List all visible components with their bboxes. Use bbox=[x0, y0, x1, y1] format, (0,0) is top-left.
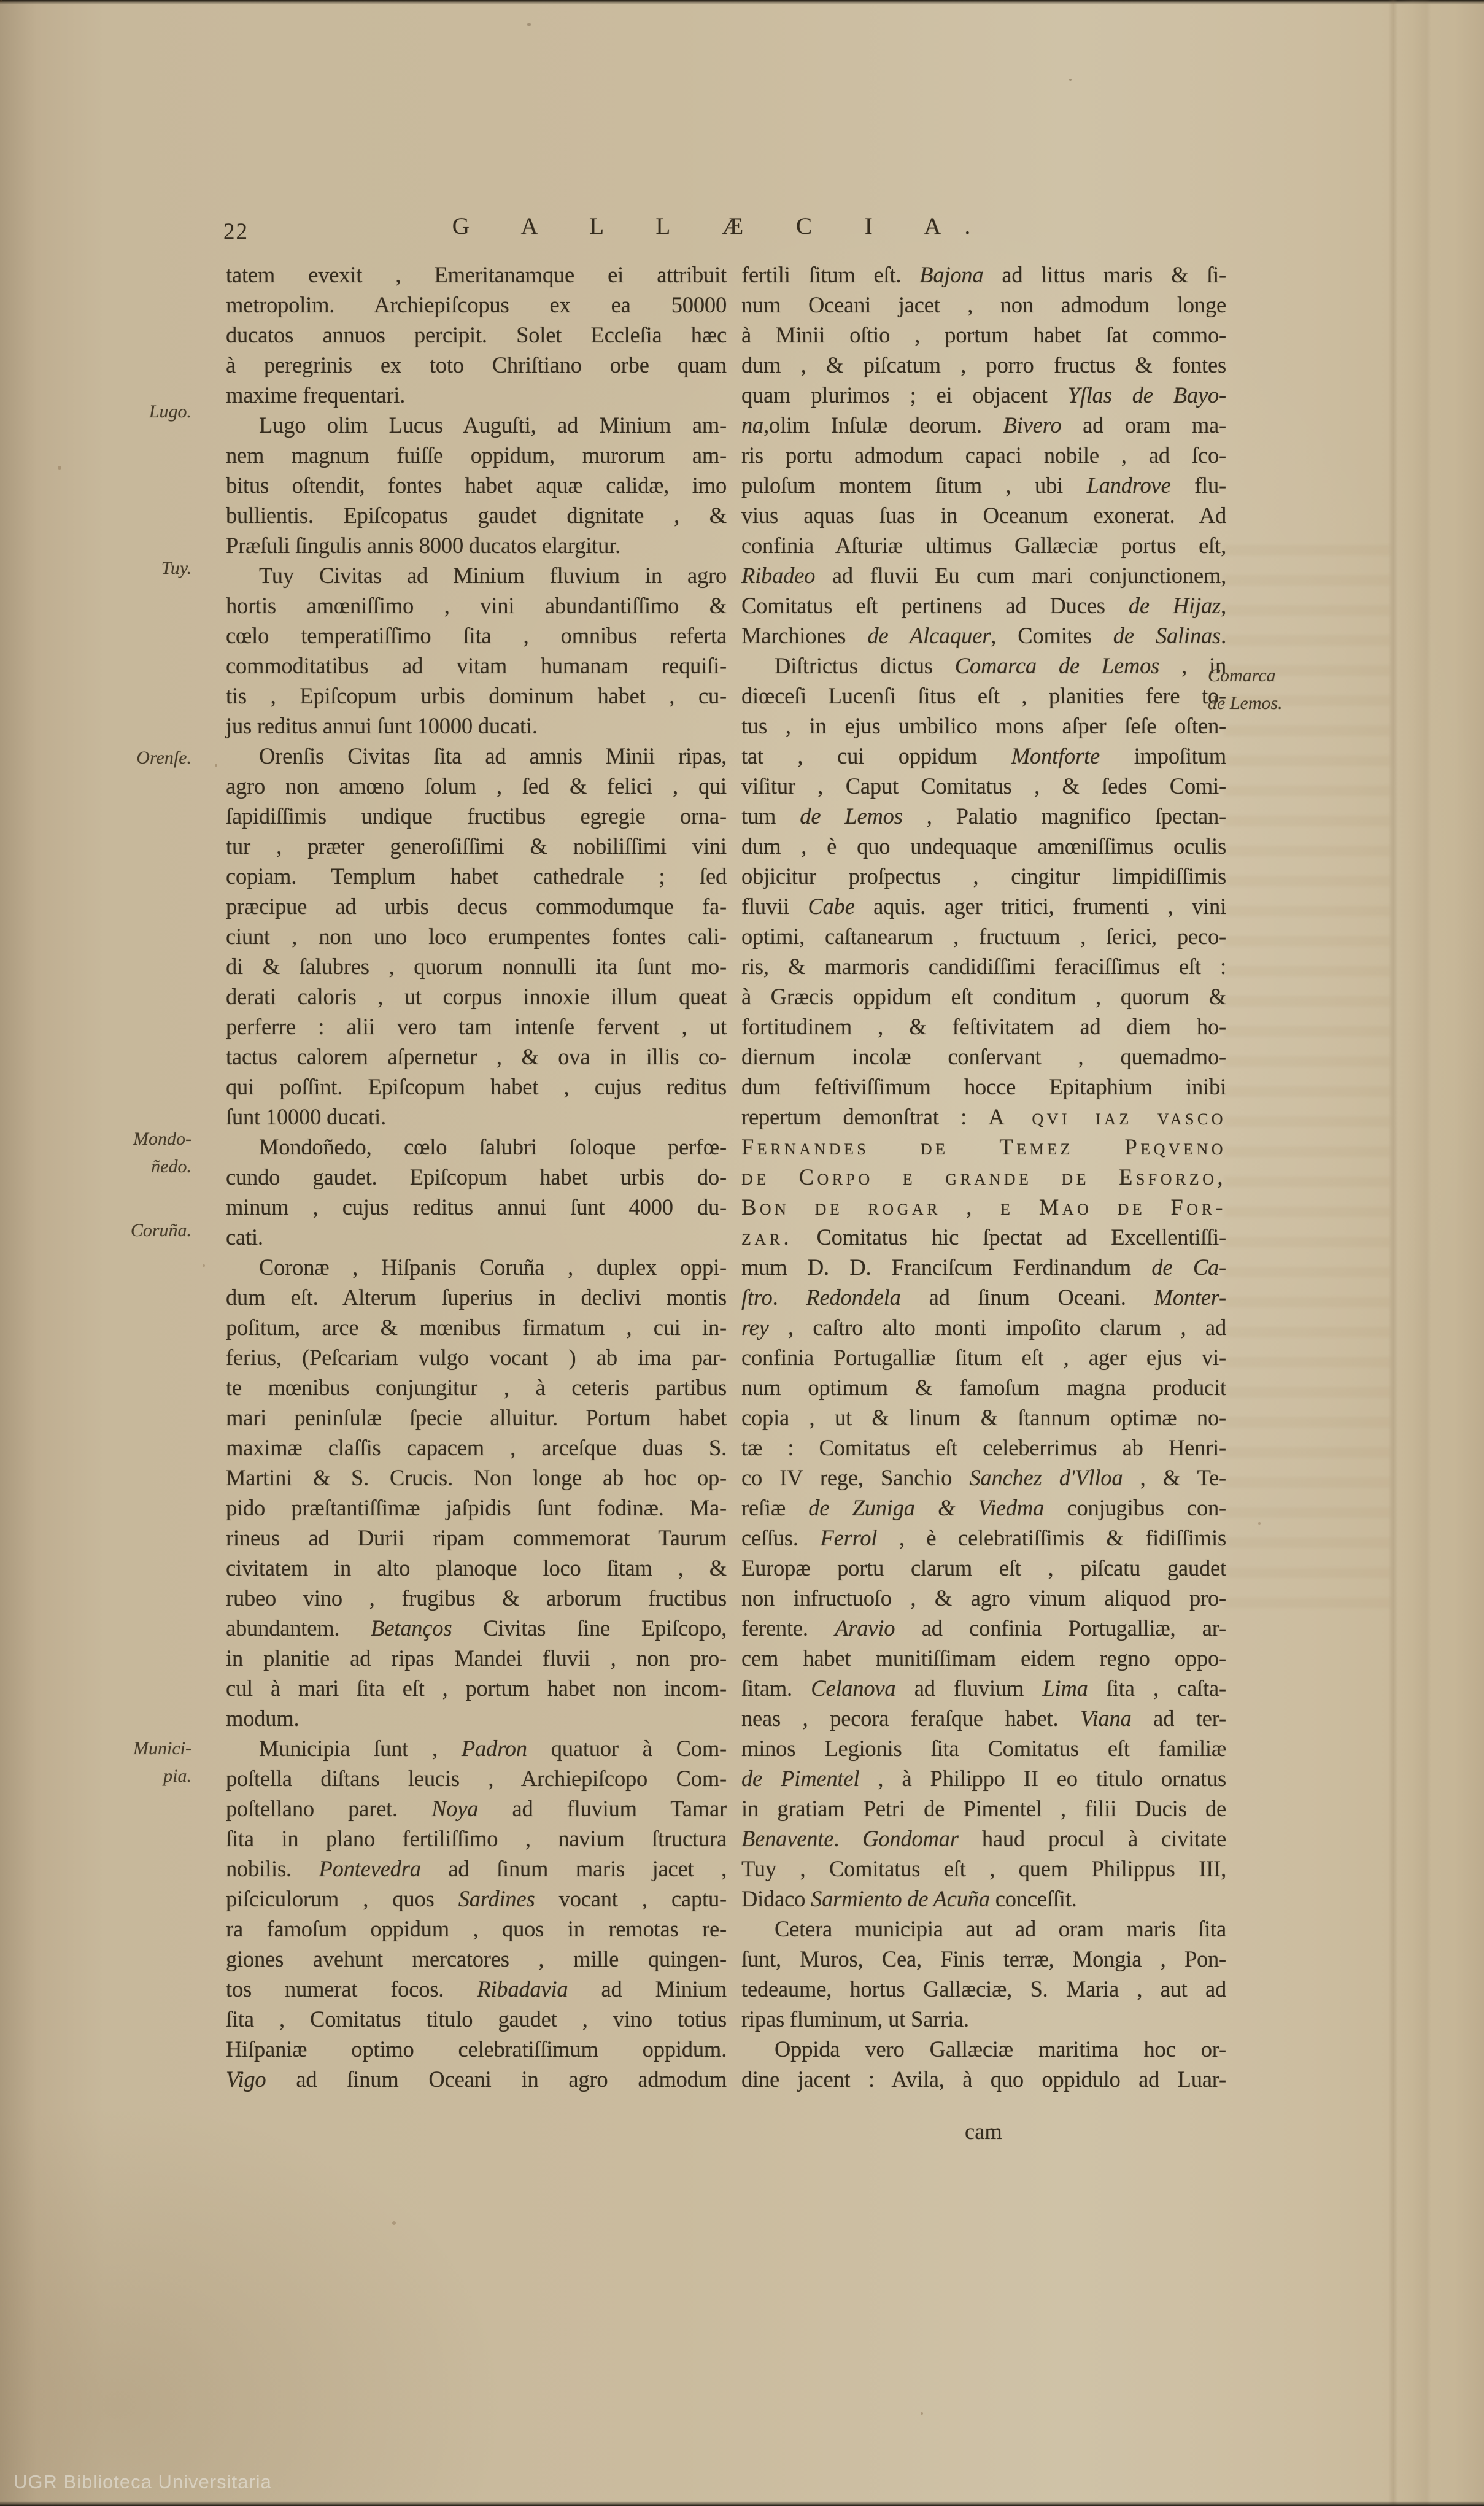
text-line: repertum demonſtrat : A qvi iaz vasco bbox=[741, 1102, 1226, 1132]
margin-note: Munici-pia. bbox=[32, 1734, 191, 1790]
text-line: Marchiones de Alcaquer, Comites de Salin… bbox=[741, 621, 1226, 651]
text-line: te mœnibus conjungitur , à ceteris parti… bbox=[226, 1372, 727, 1402]
text-line: neas , pecora feraſque habet. Viana ad t… bbox=[741, 1703, 1226, 1733]
text-line: tur , præter generoſiſſimi & nobiliſſimi… bbox=[226, 831, 727, 861]
text-line: confinia Portugalliæ ſitum eſt , ager ej… bbox=[741, 1342, 1226, 1372]
text-line: confinia Aſturiæ ultimus Gallæciæ portus… bbox=[741, 530, 1226, 560]
text-line: di & ſalubres , quorum nonnulli ita ſunt… bbox=[226, 951, 727, 981]
text-line: à Minii oſtio , portum habet ſat commo- bbox=[741, 320, 1226, 350]
text-line: dum , è quo undequaque amœniſſimus oculi… bbox=[741, 831, 1226, 861]
text-line: ceſſus. Ferrol , è celebratiſſimis & fid… bbox=[741, 1523, 1226, 1553]
right-text-column: fertili ſitum eſt. Bajona ad littus mari… bbox=[741, 260, 1226, 2094]
text-line: de Corpo e grande de Esforzo, bbox=[741, 1162, 1226, 1192]
text-line: nem magnum fuiſſe oppidum, murorum am- bbox=[226, 440, 727, 470]
text-line: mari peninſulæ ſpecie alluitur. Portum h… bbox=[226, 1402, 727, 1433]
text-line: dum eſt. Alterum ſuperius in declivi mon… bbox=[226, 1282, 727, 1312]
library-watermark: UGR Biblioteca Universitaria bbox=[14, 2471, 272, 2493]
text-line: minos Legionis ſita Comitatus eſt famili… bbox=[741, 1733, 1226, 1763]
text-line: agro non amœno ſolum , ſed & felici , qu… bbox=[226, 771, 727, 801]
text-line: tat , cui oppidum Montforte impoſitum bbox=[741, 741, 1226, 771]
text-line: fortitudinem , & feſtivitatem ad diem ho… bbox=[741, 1011, 1226, 1042]
margin-note-line: pia. bbox=[32, 1762, 191, 1790]
text-line: rubeo vino , frugibus & arborum fructibu… bbox=[226, 1583, 727, 1613]
text-line: tus , in ejus umbilico mons aſper ſeſe o… bbox=[741, 711, 1226, 741]
page-crease bbox=[1388, 0, 1431, 2506]
text-line: de Pimentel , à Philippo II eo titulo or… bbox=[741, 1763, 1226, 1793]
text-line: Didaco Sarmiento de Acuña conceſſit. bbox=[741, 1884, 1226, 1914]
margin-note: Lugo. bbox=[32, 398, 191, 425]
scanned-book-page: 22 G A L L Æ C I A. tatem evexit , Emeri… bbox=[0, 0, 1484, 2506]
text-line: Oppida vero Gallæciæ maritima hoc or- bbox=[741, 2034, 1226, 2064]
text-line: poſtellano paret. Noya ad fluvium Tamar bbox=[226, 1793, 727, 1823]
text-line: poſitum, arce & mœnibus firmatum , cui i… bbox=[226, 1312, 727, 1342]
page-number: 22 bbox=[223, 219, 249, 245]
text-line: ferente. Aravio ad confinia Portugalliæ,… bbox=[741, 1613, 1226, 1643]
text-line: objicitur proſpectus , cingitur limpidiſ… bbox=[741, 861, 1226, 891]
text-line: tatem evexit , Emeritanamque ei attribui… bbox=[226, 260, 727, 290]
text-line: num Oceani jacet , non admodum longe bbox=[741, 290, 1226, 320]
text-line: mum D. D. Franciſcum Ferdinandum de Ca- bbox=[741, 1252, 1226, 1282]
text-line: poſtella diſtans leucis , Archiepiſcopo … bbox=[226, 1763, 727, 1793]
text-line: cundo gaudet. Epiſcopum habet urbis do- bbox=[226, 1162, 727, 1192]
text-line: Orenſis Civitas ſita ad amnis Minii ripa… bbox=[226, 741, 727, 771]
text-line: giones avehunt mercatores , mille quinge… bbox=[226, 1944, 727, 1974]
text-line: quam plurimos ; ei objacent Yſlas de Bay… bbox=[741, 380, 1226, 410]
text-line: non infructuoſo , & agro vinum aliquod p… bbox=[741, 1583, 1226, 1613]
text-line: bullientis. Epiſcopatus gaudet dignitate… bbox=[226, 500, 727, 530]
margin-note-line: Lugo. bbox=[32, 398, 191, 425]
text-line: Hiſpaniæ optimo celebratiſſimum oppidum. bbox=[226, 2034, 727, 2064]
text-line: dum , & piſcatum , porro fructus & fonte… bbox=[741, 350, 1226, 380]
text-line: Municipia ſunt , Padron quatuor à Com- bbox=[226, 1733, 727, 1763]
margin-note-line: Orenſe. bbox=[32, 744, 191, 772]
text-line: diœceſi Lucenſi ſitus eſt , planities fe… bbox=[741, 681, 1226, 711]
text-line: Comitatus eſt pertinens ad Duces de Hija… bbox=[741, 590, 1226, 621]
text-line: na,olim Inſulæ deorum. Bivero ad oram ma… bbox=[741, 410, 1226, 440]
margin-note-line: ñedo. bbox=[32, 1153, 191, 1180]
text-line: à peregrinis ex toto Chriſtiano orbe qua… bbox=[226, 350, 727, 380]
text-line: ris, & marmoris candidiſſimi feraciſſimu… bbox=[741, 951, 1226, 981]
text-line: puloſum montem ſitum , ubi Landrove flu- bbox=[741, 470, 1226, 500]
text-line: ris portu admodum capaci nobile , ad ſco… bbox=[741, 440, 1226, 470]
margin-note: Tuy. bbox=[32, 554, 191, 582]
text-line: viſitur , Caput Comitatus , & ſedes Comi… bbox=[741, 771, 1226, 801]
text-line: dine jacent : Avila, à quo oppidulo ad L… bbox=[741, 2064, 1226, 2094]
text-line: cem habet munitiſſimam eidem regno oppo- bbox=[741, 1643, 1226, 1673]
margin-note-line: Coruña. bbox=[32, 1216, 191, 1244]
left-text-column: tatem evexit , Emeritanamque ei attribui… bbox=[226, 260, 727, 2094]
text-line: Diſtrictus dictus Comarca de Lemos , in bbox=[741, 651, 1226, 681]
text-line: Lugo olim Lucus Auguſti, ad Minium am- bbox=[226, 410, 727, 440]
text-line: Coronæ , Hiſpanis Coruña , duplex oppi- bbox=[226, 1252, 727, 1282]
page-title: G A L L Æ C I A. bbox=[452, 212, 994, 240]
text-line: ciunt , non uno loco erumpentes fontes c… bbox=[226, 921, 727, 951]
text-line: optimi, caſtanearum , fructuum , ſerici,… bbox=[741, 921, 1226, 951]
text-line: Tuy Civitas ad Minium fluvium in agro bbox=[226, 560, 727, 590]
text-line: maximæ claſſis capacem , arceſque duas S… bbox=[226, 1433, 727, 1463]
text-line: hortis amœniſſimo , vini abundantiſſimo … bbox=[226, 590, 727, 621]
text-line: cœlo temperatiſſimo ſita , omnibus refer… bbox=[226, 621, 727, 651]
text-line: reſiæ de Zuniga & Viedma conjugibus con- bbox=[741, 1493, 1226, 1523]
text-line: cul à mari ſita eſt , portum habet non i… bbox=[226, 1673, 727, 1703]
text-line: ſapidiſſimis undique fructibus egregie o… bbox=[226, 801, 727, 831]
text-line: rey , caſtro alto monti impoſito clarum … bbox=[741, 1312, 1226, 1342]
text-line: jus reditus annui ſunt 10000 ducati. bbox=[226, 711, 727, 741]
text-line: tis , Epiſcopum urbis dominum habet , cu… bbox=[226, 681, 727, 711]
text-line: zar. Comitatus hic ſpectat ad Excellenti… bbox=[741, 1222, 1226, 1252]
text-line: Vigo ad ſinum Oceani in agro admodum bbox=[226, 2064, 727, 2094]
text-line: Martini & S. Crucis. Non longe ab hoc op… bbox=[226, 1463, 727, 1493]
text-line: Ribadeo ad fluvii Eu cum mari conjunctio… bbox=[741, 560, 1226, 590]
margin-note-line: de Lemos. bbox=[1208, 689, 1392, 717]
text-line: ſtro. Redondela ad ſinum Oceani. Monter- bbox=[741, 1282, 1226, 1312]
catchword: cam bbox=[965, 2116, 1002, 2146]
text-line: maxime frequentari. bbox=[226, 380, 727, 410]
margin-note: Coruña. bbox=[32, 1216, 191, 1244]
text-line: ferius, (Peſcariam vulgo vocant ) ab ima… bbox=[226, 1342, 727, 1372]
text-line: rineus ad Durii ripam commemorat Taurum bbox=[226, 1523, 727, 1553]
text-line: bitus oſtendit, fontes habet aquæ calidæ… bbox=[226, 470, 727, 500]
margin-note-line: Comarca bbox=[1208, 662, 1392, 689]
text-line: vius aquas ſuas in Oceanum exonerat. Ad bbox=[741, 500, 1226, 530]
text-line: minum , cujus reditus annui ſunt 4000 du… bbox=[226, 1192, 727, 1222]
margin-note: Orenſe. bbox=[32, 744, 191, 772]
text-line: copia , ut & linum & ſtannum optimæ no- bbox=[741, 1402, 1226, 1433]
text-line: cati. bbox=[226, 1222, 727, 1252]
text-line: tos numerat focos. Ribadavia ad Minium bbox=[226, 1974, 727, 2004]
text-line: tæ : Comitatus eſt celeberrimus ab Henri… bbox=[741, 1433, 1226, 1463]
text-line: co IV rege, Sanchio Sanchez d'Vlloa , & … bbox=[741, 1463, 1226, 1493]
text-line: tedeaume, hortus Gallæciæ, S. Maria , au… bbox=[741, 1974, 1226, 2004]
text-line: ra famoſum oppidum , quos in remotas re- bbox=[226, 1914, 727, 1944]
text-line: Tuy , Comitatus eſt , quem Philippus III… bbox=[741, 1854, 1226, 1884]
margin-note: Mondo-ñedo. bbox=[32, 1125, 191, 1180]
text-line: ſunt 10000 ducati. bbox=[226, 1102, 727, 1132]
text-line: abundantem. Betanços Civitas ſine Epiſco… bbox=[226, 1613, 727, 1643]
text-line: ſita , Comitatus titulo gaudet , vino to… bbox=[226, 2004, 727, 2034]
text-line: Benavente. Gondomar haud procul à civita… bbox=[741, 1823, 1226, 1854]
text-line: qui poſſint. Epiſcopum habet , cujus red… bbox=[226, 1072, 727, 1102]
text-line: metropolim. Archiepiſcopus ex ea 50000 bbox=[226, 290, 727, 320]
text-line: copiam. Templum habet cathedrale ; ſed bbox=[226, 861, 727, 891]
text-line: ripas fluminum, ut Sarria. bbox=[741, 2004, 1226, 2034]
text-line: num optimum & famoſum magna producit bbox=[741, 1372, 1226, 1402]
text-line: in planitie ad ripas Mandei fluvii , non… bbox=[226, 1643, 727, 1673]
text-line: tactus calorem aſpernetur , & ova in ill… bbox=[226, 1042, 727, 1072]
text-line: Mondoñedo, cœlo ſalubri ſoloque perfœ- bbox=[226, 1132, 727, 1162]
text-line: in gratiam Petri de Pimentel , filii Duc… bbox=[741, 1793, 1226, 1823]
margin-note-line: Tuy. bbox=[32, 554, 191, 582]
text-line: Cetera municipia aut ad oram maris ſita bbox=[741, 1914, 1226, 1944]
text-line: modum. bbox=[226, 1703, 727, 1733]
text-line: Præſuli ſingulis annis 8000 ducatos elar… bbox=[226, 530, 727, 560]
margin-note-line: Munici- bbox=[32, 1734, 191, 1762]
text-line: nobilis. Pontevedra ad ſinum maris jacet… bbox=[226, 1854, 727, 1884]
margin-note-line: Mondo- bbox=[32, 1125, 191, 1153]
text-line: Bon de rogar , e Mao de For- bbox=[741, 1192, 1226, 1222]
text-line: præcipue ad urbis decus commodumque fa- bbox=[226, 891, 727, 921]
text-line: ſita in plano fertiliſſimo , navium ſtru… bbox=[226, 1823, 727, 1854]
text-line: à Græcis oppidum eſt conditum , quorum & bbox=[741, 981, 1226, 1011]
text-line: Fernandes de Temez Peqveno bbox=[741, 1132, 1226, 1162]
margin-note: Comarcade Lemos. bbox=[1208, 662, 1392, 717]
text-line: perferre : alii vero tam intenſe fervent… bbox=[226, 1011, 727, 1042]
text-line: tum de Lemos , Palatio magnifico ſpectan… bbox=[741, 801, 1226, 831]
text-line: ſitam. Celanova ad fluvium Lima ſita , c… bbox=[741, 1673, 1226, 1703]
text-line: derati caloris , ut corpus innoxie illum… bbox=[226, 981, 727, 1011]
text-line: ducatos annuos percipit. Solet Eccleſia … bbox=[226, 320, 727, 350]
text-line: piſciculorum , quos Sardines vocant , ca… bbox=[226, 1884, 727, 1914]
text-line: Europæ portu clarum eſt , piſcatu gaudet bbox=[741, 1553, 1226, 1583]
text-line: commoditatibus ad vitam humanam requiſi- bbox=[226, 651, 727, 681]
text-line: pido præſtantiſſimæ jaſpidis ſunt fodinæ… bbox=[226, 1493, 727, 1523]
text-line: diernum incolæ conſervant , quemadmo- bbox=[741, 1042, 1226, 1072]
text-line: fluvii Cabe aquis. ager tritici, frument… bbox=[741, 891, 1226, 921]
text-line: fertili ſitum eſt. Bajona ad littus mari… bbox=[741, 260, 1226, 290]
text-line: ſunt, Muros, Cea, Finis terræ, Mongia , … bbox=[741, 1944, 1226, 1974]
text-line: civitatem in alto planoque loco ſitam , … bbox=[226, 1553, 727, 1583]
text-line: dum feſtiviſſimum hocce Epitaphium inibi bbox=[741, 1072, 1226, 1102]
ink-specks bbox=[0, 0, 2, 2]
